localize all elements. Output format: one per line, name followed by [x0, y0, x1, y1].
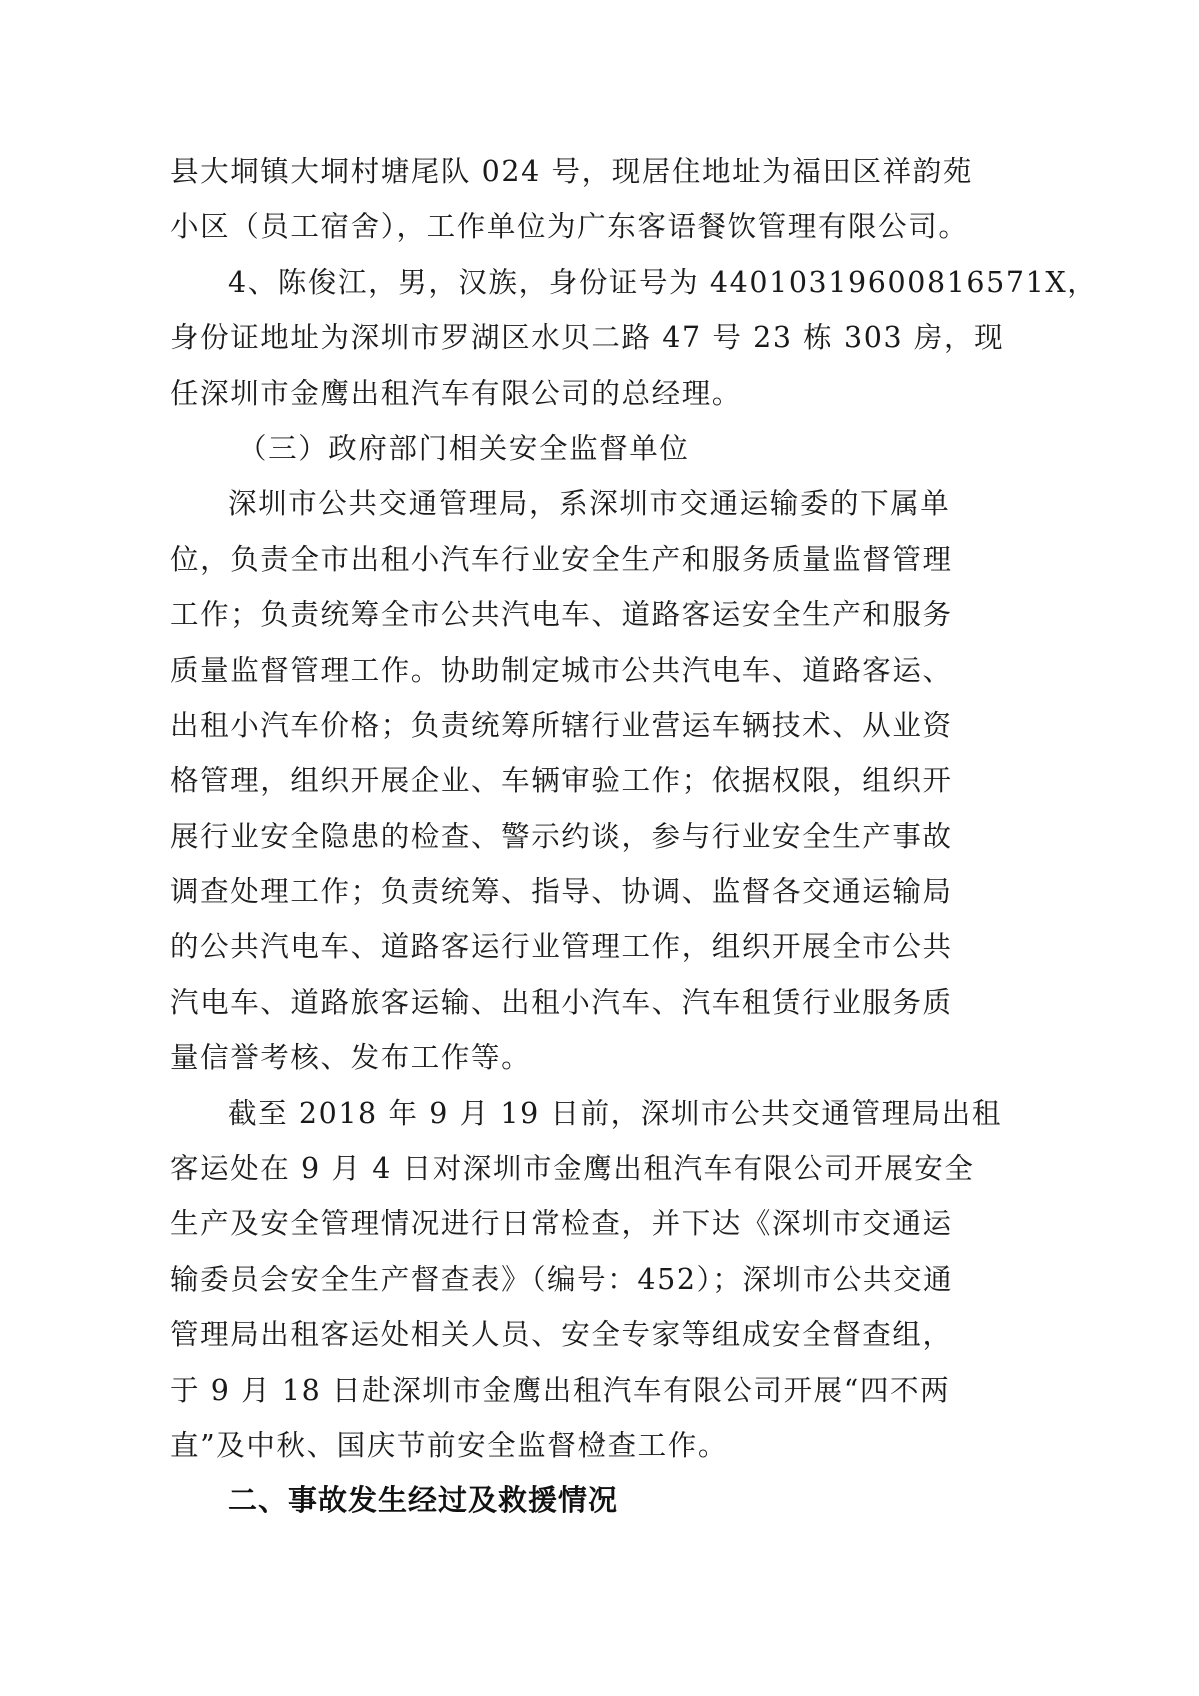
text-line: 质量监督管理工作。协助制定城市公共汽电车、道路客运、: [170, 643, 942, 698]
subsection-heading: （三）政府部门相关安全监督单位: [170, 421, 942, 476]
text-line: 客运处在 9 月 4 日对深圳市金鹰出租汽车有限公司开展安全: [170, 1141, 942, 1196]
text-line: 工作；负责统筹全市公共汽电车、道路客运安全生产和服务: [170, 587, 942, 642]
section-heading: 二、事故发生经过及救援情况: [170, 1473, 942, 1528]
text-line: 县大垌镇大垌村塘尾队 024 号，现居住地址为福田区祥韵苑: [170, 144, 942, 199]
text-line: 管理局出租客运处相关人员、安全专家等组成安全督查组，: [170, 1307, 942, 1362]
text-line: 位，负责全市出租小汽车行业安全生产和服务质量监督管理: [170, 532, 942, 587]
text-line: 汽电车、道路旅客运输、出租小汽车、汽车租赁行业服务质: [170, 975, 942, 1030]
text-line: 展行业安全隐患的检查、警示约谈，参与行业安全生产事故: [170, 809, 942, 864]
text-line: 于 9 月 18 日赴深圳市金鹰出租汽车有限公司开展“四不两: [170, 1363, 942, 1418]
text-line: 生产及安全管理情况进行日常检查，并下达《深圳市交通运: [170, 1196, 942, 1251]
text-line: 任深圳市金鹰出租汽车有限公司的总经理。: [170, 366, 942, 421]
text-line: 身份证地址为深圳市罗湖区水贝二路 47 号 23 栋 303 房，现: [170, 310, 942, 365]
text-line: 输委员会安全生产督查表》（编号：452）；深圳市公共交通: [170, 1252, 942, 1307]
paragraph-start-line: 深圳市公共交通管理局，系深圳市交通运输委的下属单: [170, 476, 942, 531]
document-body: 县大垌镇大垌村塘尾队 024 号，现居住地址为福田区祥韵苑 小区（员工宿舍），工…: [170, 144, 942, 1529]
text-line: 量信誉考核、发布工作等。: [170, 1030, 942, 1085]
text-line: 小区（员工宿舍），工作单位为广东客语餐饮管理有限公司。: [170, 199, 942, 254]
paragraph-start-line: 4、陈俊江，男，汉族，身份证号为 44010319600816571X，: [170, 255, 942, 310]
text-line: 的公共汽电车、道路客运行业管理工作，组织开展全市公共: [170, 919, 942, 974]
document-page: 县大垌镇大垌村塘尾队 024 号，现居住地址为福田区祥韵苑 小区（员工宿舍），工…: [0, 0, 1199, 1696]
text-line: 格管理，组织开展企业、车辆审验工作；依据权限，组织开: [170, 753, 942, 808]
text-line: 调查处理工作；负责统筹、指导、协调、监督各交通运输局: [170, 864, 942, 919]
paragraph-start-line: 截至 2018 年 9 月 19 日前，深圳市公共交通管理局出租: [170, 1086, 942, 1141]
text-line: 出租小汽车价格；负责统筹所辖行业营运车辆技术、从业资: [170, 698, 942, 753]
page-number: 4: [0, 1428, 1199, 1449]
